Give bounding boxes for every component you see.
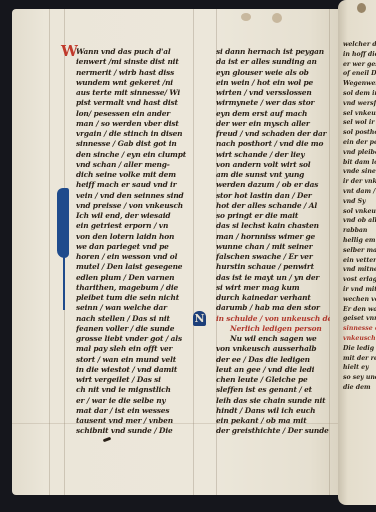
text-line: vnd wersfain	[343, 99, 376, 109]
text-line: er / war ie die selbe ny	[76, 396, 206, 406]
text-line: ein vetter	[343, 256, 376, 266]
text-line: der wer ein mysch aller	[216, 119, 330, 129]
text-line: aus terte mit sinnesse/ Wi	[76, 88, 206, 98]
text-line: leut an gee / vnd die ledi	[216, 365, 330, 375]
text-line: seinn / wan welche dar	[76, 303, 206, 313]
text-line: das si lechst kain chasten	[216, 221, 330, 231]
text-line: man / hornniss wimer ge	[216, 232, 330, 242]
text-line: lon/ pesessen ein ander	[76, 109, 206, 119]
right-text-column: si dann hernach ist peygan da ist er all…	[216, 47, 330, 437]
text-line: heiff mach er saud vnd ir	[76, 180, 206, 190]
text-line: stor hot lastin dan / Der	[216, 191, 330, 201]
text-line: geiset vnn	[343, 314, 376, 324]
text-line: Ich wil end, der wiesaid	[76, 211, 206, 221]
rubric-line: vnkeusch	[343, 334, 376, 344]
text-line: Er den wal	[343, 305, 376, 315]
left-text-column: Wann vnd das puch d'al ienwert /mi sinst…	[76, 47, 206, 437]
text-line: in hoff die grosse	[343, 50, 376, 60]
text-line: wundem wnt gekeret /ni	[76, 78, 206, 88]
text-line: wirmynete / wer das stor	[216, 98, 330, 108]
text-line: werden dazum / ob er das	[216, 180, 330, 190]
text-line: so sey und	[343, 373, 376, 383]
facing-page-text: welcher das pl in hoff die grosse er wer…	[343, 40, 376, 393]
text-line: wunne chan / mit seiner	[216, 242, 330, 252]
rubric-line: in schulde / von unkeusch der	[216, 314, 330, 324]
text-line: ein getriest erporn / vn	[76, 221, 206, 231]
text-line: nach stellen / Das si nit	[76, 314, 206, 324]
text-line: grosse liebt vnder got / als	[76, 334, 206, 344]
text-line: freud / vnd schaden der dar	[216, 129, 330, 139]
text-line: die dem	[343, 383, 376, 393]
text-line: eyn dem erst auf mach	[216, 109, 330, 119]
text-line: der ee / Das die ledigen	[216, 355, 330, 365]
text-line: eyn glouser weie als ob	[216, 68, 330, 78]
text-line: selber mag	[343, 246, 376, 256]
text-line: vnd ob aller	[343, 216, 376, 226]
text-line: Wegenweis zu	[343, 79, 376, 89]
text-line: ein pekant / ob ma mit	[216, 416, 330, 426]
blue-flourish-tail	[63, 250, 65, 310]
text-line: pleibet tum die sein nicht	[76, 293, 206, 303]
text-line: der greisthichte / Der sunde	[216, 426, 330, 436]
text-line: sol vnkeusch	[343, 207, 376, 217]
text-line: in die wiestot / vnd damit	[76, 365, 206, 375]
text-line: darumb / hab ma den stor	[216, 303, 330, 313]
text-line: ir vnd mit ge	[343, 285, 376, 295]
text-line: dich seine volke mit dem	[76, 170, 206, 180]
text-line: sel wol ir mer	[343, 118, 376, 128]
text-line: so pringt er die mait	[216, 211, 330, 221]
rubric-line: Nerlich ledigen person	[216, 324, 330, 334]
text-line: wirt schande / der liey	[216, 150, 330, 160]
rubric-line: sinnesse ehe	[343, 324, 376, 334]
text-line: horen / ein wesson vnd ol	[76, 252, 206, 262]
text-line: ein der pe	[343, 138, 376, 148]
text-line: welcher das pl	[343, 40, 376, 50]
stain	[241, 13, 251, 21]
text-line: nermerit / wirb hast diss	[76, 68, 206, 78]
text-line: feanen voller / die sunde	[76, 324, 206, 334]
text-line: sol dem ir pl	[343, 89, 376, 99]
text-line: von den lotern laidn hon	[76, 232, 206, 242]
text-line: leih das sie chain sunde nit	[216, 396, 330, 406]
text-line: er wer gesch	[343, 60, 376, 70]
text-line: vnd preisse / von vnkeusch	[76, 201, 206, 211]
text-line: sol posthot pr	[343, 128, 376, 138]
text-line: we dan parieget vnd pe	[76, 242, 206, 252]
text-line: hindt / Dans wil ich euch	[216, 406, 330, 416]
text-line: Die ledig	[343, 344, 376, 354]
blue-pen-flourish	[57, 188, 69, 258]
text-line: vrgain / die stinch in disen	[76, 129, 206, 139]
stain	[272, 13, 282, 23]
text-line: wechen ver	[343, 295, 376, 305]
text-line: schibnit vnd sunde / Die	[76, 426, 206, 436]
text-line: wirt vergeilet / Das si	[76, 375, 206, 385]
text-line: mit der rec	[343, 354, 376, 364]
text-line: Wann vnd das puch d'al	[76, 47, 206, 57]
text-line: vnd mitner	[343, 265, 376, 275]
text-line: pist vermalt vnd hast dist	[76, 98, 206, 108]
text-line: edlen plum / Den varnen	[76, 273, 206, 283]
text-line: durch kainedar verhant	[216, 293, 330, 303]
text-line: ch nit vnd ie mignstlich	[76, 385, 206, 395]
text-line: si wirt mer mag kum	[216, 283, 330, 293]
text-line: vein / vnd den seinnes sind	[76, 191, 206, 201]
text-line: si dann hernach ist peygan	[216, 47, 330, 57]
text-line: rabban	[343, 226, 376, 236]
text-line: tausent vnd mer / vnben	[76, 416, 206, 426]
text-line: hurstin schaue / penwirt	[216, 262, 330, 272]
text-line: Nu wil ench sagen we	[216, 334, 330, 344]
text-line: bit dam lod	[343, 158, 376, 168]
text-line: sinnesse / Gab dist got in	[76, 139, 206, 149]
text-line: vnd Sy	[343, 197, 376, 207]
text-line: tharithen, magebum / die	[76, 283, 206, 293]
text-line: von vnkeusch ausserhalb	[216, 344, 330, 354]
text-line: sel vnkeusch pr	[343, 109, 376, 119]
text-line: ienwert /mi sinste dist nit	[76, 57, 206, 67]
text-line: vnt dam / em	[343, 187, 376, 197]
text-line: vnd schan / aller meng-	[76, 160, 206, 170]
text-line: am die sunst vnt yung	[216, 170, 330, 180]
text-line: wirten / vnd versslossen	[216, 88, 330, 98]
text-line: vost erlag	[343, 275, 376, 285]
text-line: mutel / Den laist gesegene	[76, 262, 206, 272]
text-line: of eneil Die	[343, 69, 376, 79]
text-line: ir der vnkaus	[343, 177, 376, 187]
text-line: ein wein / hot ein wol pe	[216, 78, 330, 88]
text-line: falschen swache / Er ver	[216, 252, 330, 262]
text-line: man / so werden vber dist	[76, 119, 206, 129]
text-line: hielt ey	[343, 363, 376, 373]
text-line: vnd pleibet	[343, 148, 376, 158]
text-line: mal pay sleh ein offt ver	[76, 344, 206, 354]
text-line: stort / wan ein mund velt	[76, 355, 206, 365]
text-line: sleffen ist es genant / et	[216, 385, 330, 395]
text-line: nach posthort / vnd die mo	[216, 139, 330, 149]
text-line: den sinche / eyn ein clumpt	[76, 150, 206, 160]
text-line: da ist er alles sunding an	[216, 57, 330, 67]
text-line: das ist ie mayt un / yn der	[216, 273, 330, 283]
text-line: hot der alles schande / Al	[216, 201, 330, 211]
text-line: hellig em	[343, 236, 376, 246]
text-line: von andern volt wirt sol	[216, 160, 330, 170]
text-line: mat dar / ist ein wesses	[76, 406, 206, 416]
text-line: chen leute / Gleiche pe	[216, 375, 330, 385]
stain	[357, 3, 366, 13]
text-line: vnde sinen	[343, 167, 376, 177]
